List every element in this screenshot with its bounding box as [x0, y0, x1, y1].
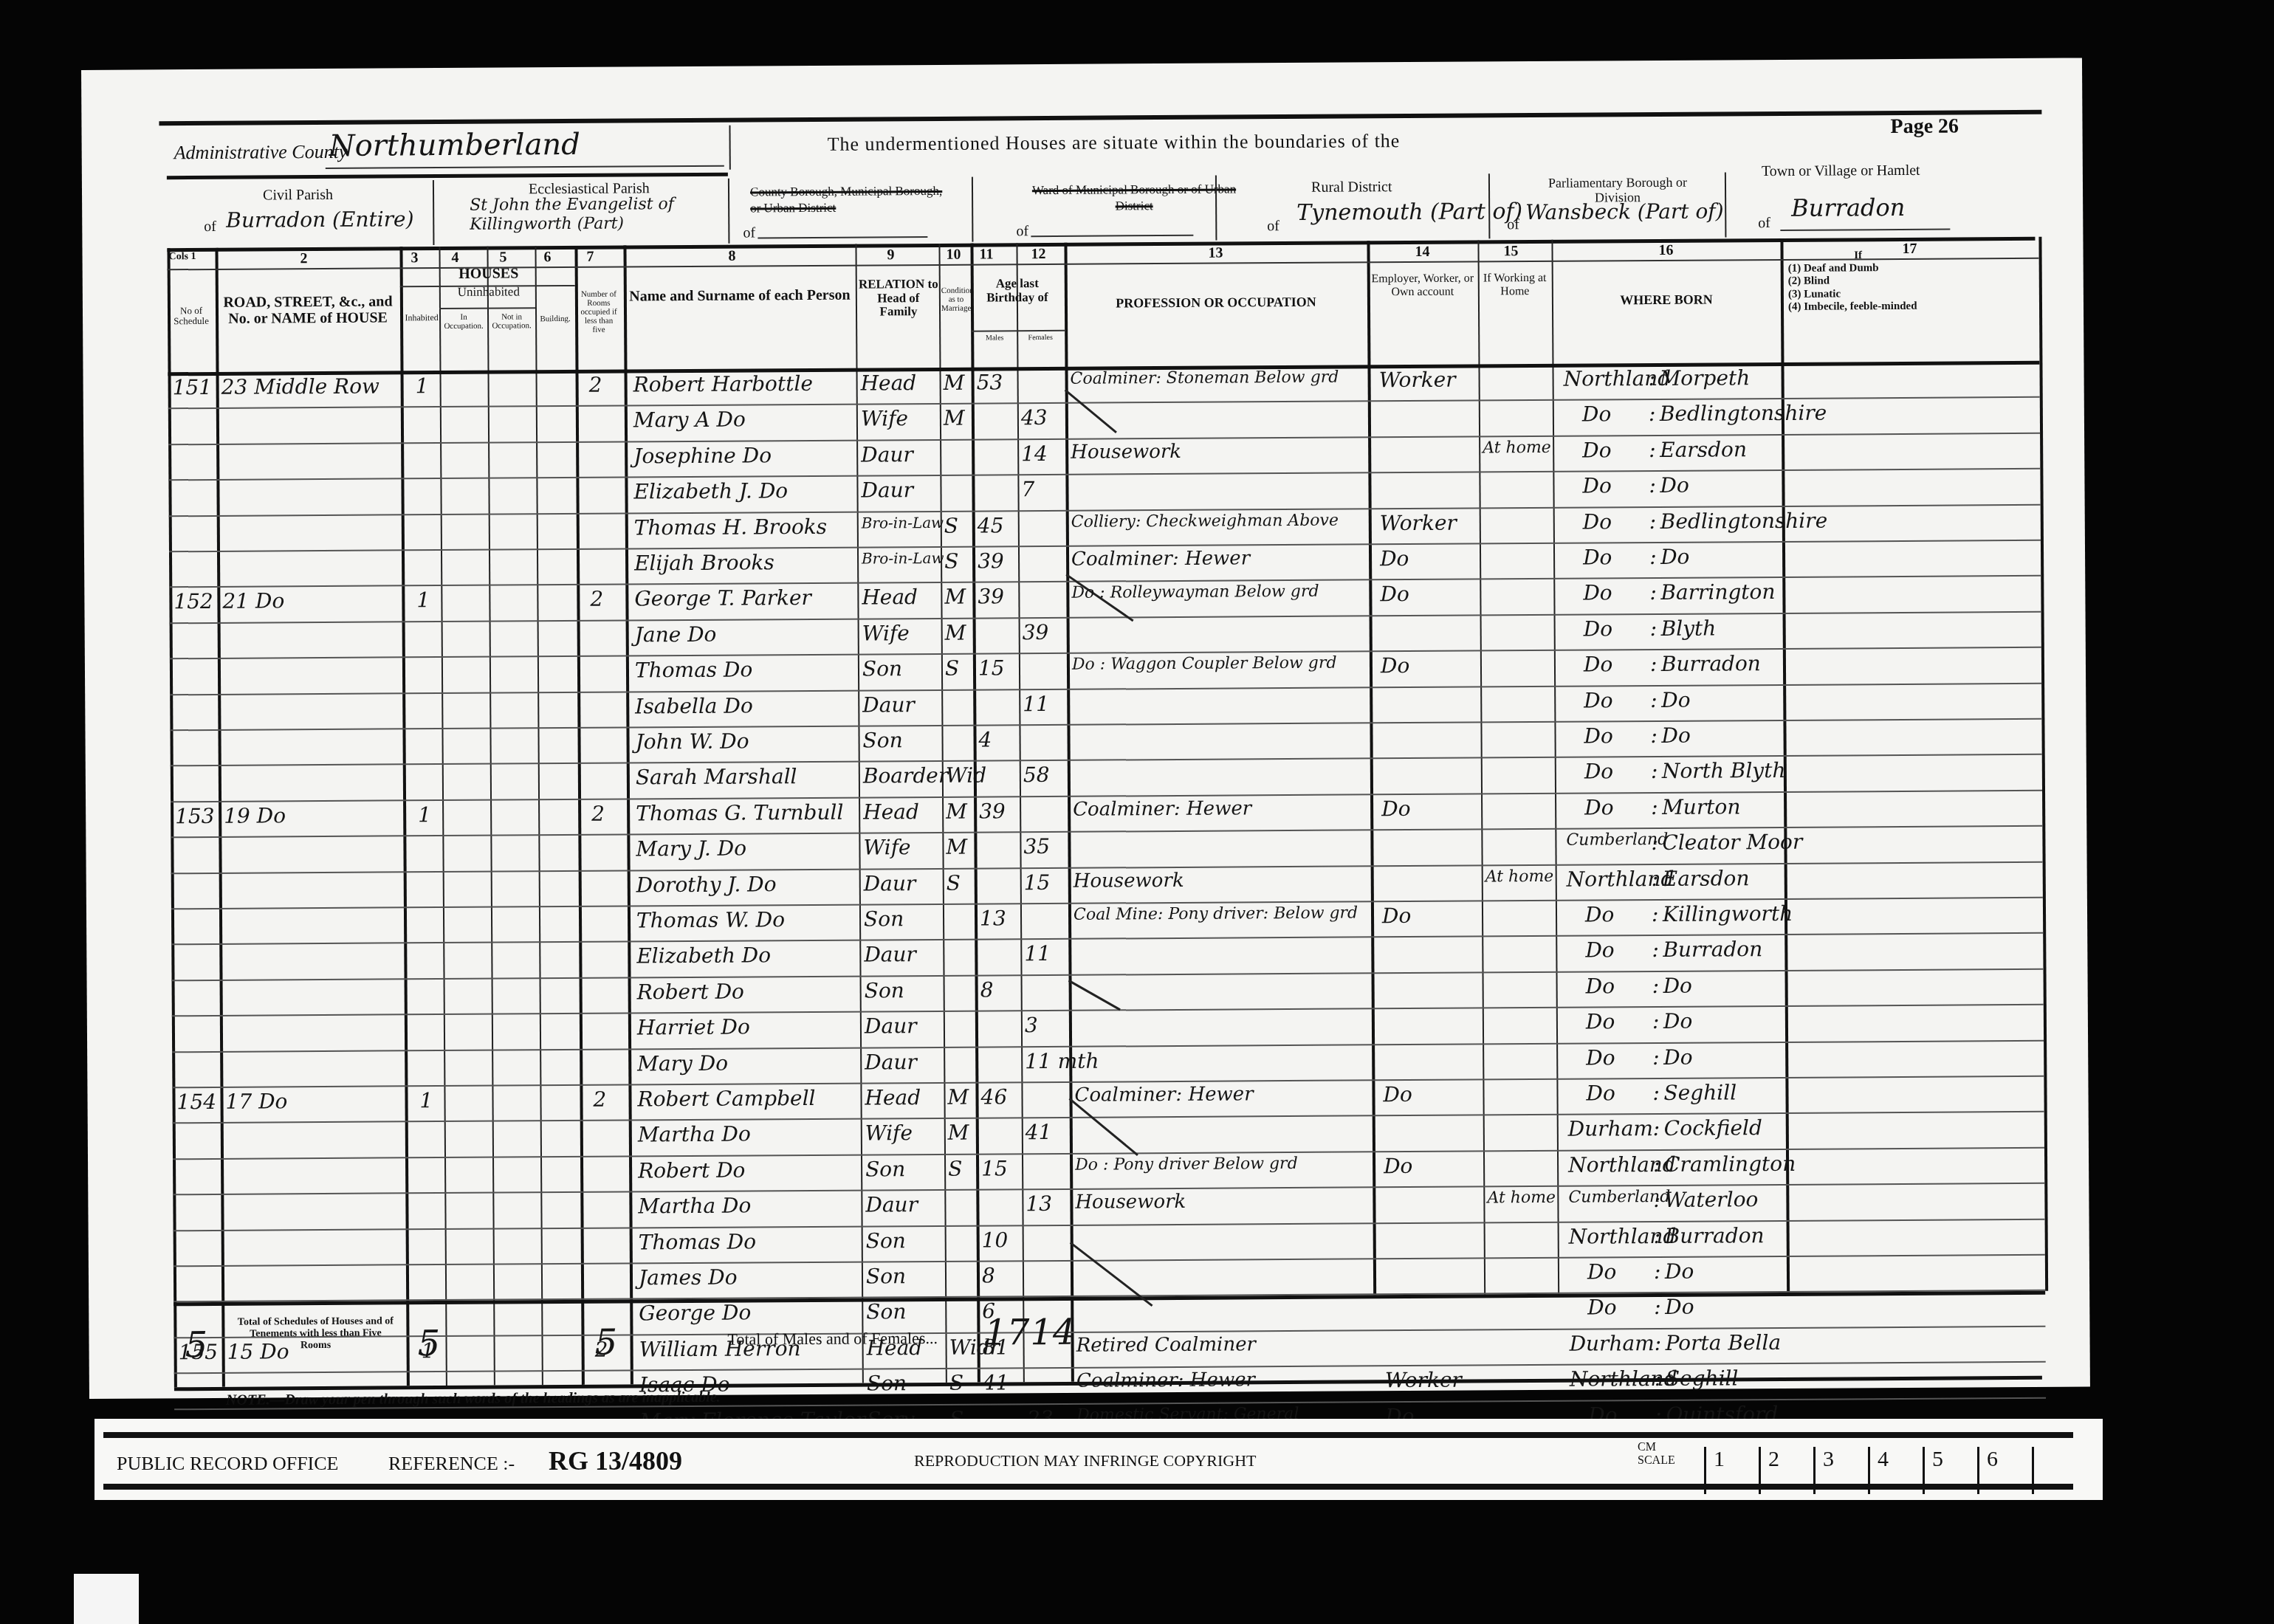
- occupation: Coalminer: Stoneman Below grd: [1071, 368, 1339, 388]
- relation: Wife: [865, 1121, 913, 1146]
- employer-status: Do: [1383, 1082, 1412, 1107]
- birth-county: Do: [1586, 1010, 1615, 1034]
- total-schedules-label: Total of Schedules of Houses and of Tene…: [234, 1315, 396, 1352]
- birth-county: Do: [1584, 653, 1613, 677]
- col-building-header: Building.: [537, 314, 574, 323]
- employer-status: Worker: [1380, 510, 1457, 535]
- person-name: Mary A Do: [633, 407, 746, 433]
- rural-district-label: Rural District: [1311, 179, 1392, 196]
- birth-separator: :: [1654, 1224, 1661, 1248]
- rooms-count: 2: [591, 801, 605, 825]
- village-label: Town or Village or Hamlet: [1762, 162, 1920, 180]
- birth-place: Earsdon: [1660, 437, 1747, 462]
- civil-parish-label: Civil Parish: [263, 187, 333, 204]
- relation: Head: [861, 371, 917, 395]
- relation: Son: [864, 906, 904, 931]
- admin-county-label: Administrative County: [174, 141, 348, 164]
- copyright-notice: REPRODUCTION MAY INFRINGE COPYRIGHT: [914, 1451, 1256, 1470]
- col-rooms-header: Number of Rooms occupied if less than fi…: [577, 290, 620, 335]
- village-value: Burradon: [1791, 193, 1905, 222]
- total-females: 14: [1030, 1312, 1075, 1353]
- birth-separator: :: [1654, 1259, 1661, 1284]
- relation: Head: [863, 799, 919, 824]
- relation: Son: [866, 1228, 906, 1253]
- birth-place: Do: [1663, 973, 1693, 997]
- row-rule: [172, 1004, 2044, 1016]
- occupation: Do : Rolleywayman Below grd: [1071, 582, 1319, 602]
- column-number: 10: [946, 247, 961, 264]
- relation: Son: [862, 656, 902, 681]
- column-rule: [574, 246, 584, 1385]
- census-page: Administrative County Northumberland The…: [81, 58, 2090, 1399]
- female-age: 41: [1026, 1120, 1052, 1144]
- scale-mark: 1: [1704, 1447, 1759, 1494]
- person-name: Thomas Do: [639, 1229, 757, 1254]
- column-number: 12: [1031, 246, 1045, 263]
- birth-separator: :: [1649, 402, 1656, 426]
- checkmark-stroke: [1069, 1098, 1138, 1156]
- birth-place: Burradon: [1661, 651, 1761, 676]
- male-age: 15: [978, 656, 1005, 681]
- column-number: 5: [499, 249, 506, 266]
- relation: Son: [866, 1300, 906, 1324]
- male-age: 39: [978, 585, 1004, 609]
- totals-label: Total of Males and of Females...: [727, 1329, 938, 1349]
- birth-separator: :: [1651, 759, 1658, 783]
- relation: Head: [862, 585, 918, 609]
- birth-place: Blyth: [1661, 616, 1717, 640]
- scale-mark: 3: [1813, 1447, 1868, 1494]
- birth-separator: :: [1651, 830, 1658, 855]
- col-uninhabited-header: Uninhabited: [441, 285, 537, 299]
- county-borough-label: County Borough, Municipal Borough, or Ur…: [750, 183, 949, 217]
- col-age-header: Age last Birthday of: [972, 277, 1062, 305]
- schedule-number: 154: [176, 1090, 216, 1114]
- column-rule: [2038, 237, 2048, 1291]
- employer-status: Do: [1381, 653, 1410, 678]
- note-text: NOTE.—Draw your pen through such words o…: [226, 1389, 721, 1409]
- male-age: 53: [977, 370, 1003, 394]
- row-rule: [170, 682, 2041, 695]
- inhabited-count: 1: [416, 588, 430, 613]
- working-at-home: At home: [1487, 1188, 1556, 1208]
- birth-separator: :: [1653, 1188, 1660, 1212]
- rooms-count: 2: [593, 1087, 606, 1112]
- working-at-home: At home: [1483, 438, 1551, 458]
- relation: Wife: [861, 407, 908, 431]
- birth-place: Bedlingtonshire: [1660, 401, 1827, 426]
- person-name: George Do: [639, 1301, 751, 1326]
- col-females-header: Females: [1018, 334, 1062, 342]
- row-rule: [168, 468, 2040, 481]
- birth-separator: :: [1650, 688, 1658, 712]
- employer-status: Do: [1380, 582, 1409, 606]
- male-age: 45: [978, 513, 1004, 537]
- birth-county: Do: [1583, 509, 1612, 534]
- birth-separator: :: [1652, 974, 1660, 998]
- person-name: Elizabeth J. Do: [633, 478, 788, 503]
- birth-county: Durham: [1568, 1116, 1653, 1141]
- birth-place: Cramlington: [1664, 1152, 1796, 1177]
- occupation: Coalminer: Hewer: [1071, 547, 1250, 570]
- person-name: Josephine Do: [633, 443, 772, 468]
- admin-county-value: Northumberland: [329, 128, 580, 163]
- female-age: 14: [1021, 441, 1048, 466]
- occupation: Retired Coalminer: [1076, 1333, 1256, 1356]
- birth-separator: :: [1652, 1009, 1660, 1033]
- birth-separator: :: [1652, 1045, 1660, 1070]
- birth-county: Do: [1583, 545, 1612, 569]
- birth-separator: :: [1653, 1152, 1660, 1177]
- column-number: 14: [1415, 244, 1429, 261]
- row-rule: [170, 611, 2041, 624]
- infirmity-option: (3) Lunatic: [1788, 287, 1936, 300]
- column-number: 15: [1503, 243, 1518, 260]
- relation: Boarder: [863, 763, 949, 788]
- column-rule: [623, 245, 633, 1384]
- scale-mark: 4: [1868, 1447, 1923, 1494]
- header-rule: [439, 307, 535, 309]
- birth-county: Do: [1584, 688, 1613, 712]
- person-name: Robert Do: [638, 1157, 745, 1183]
- birth-county: Do: [1584, 760, 1614, 784]
- person-name: Jane Do: [635, 622, 717, 647]
- schedule-number: 152: [174, 589, 213, 613]
- male-age: 8: [982, 1263, 995, 1287]
- birth-county: Do: [1582, 474, 1612, 498]
- birth-place: Barrington: [1660, 579, 1775, 605]
- birth-separator: :: [1652, 1081, 1660, 1105]
- male-age: 13: [980, 906, 1006, 930]
- col-inhabited-header: Inhabited: [404, 313, 439, 323]
- infirmity-option: (2) Blind: [1788, 275, 1936, 288]
- birth-place: Do: [1660, 473, 1689, 498]
- relation: Head: [865, 1085, 921, 1109]
- address: 23 Middle Row: [221, 374, 380, 399]
- birth-place: Do: [1661, 687, 1691, 712]
- birth-separator: :: [1649, 509, 1657, 534]
- address: 19 Do: [224, 803, 286, 828]
- birth-separator: :: [1652, 937, 1659, 962]
- marital-condition: M: [946, 799, 967, 823]
- column-rule: [1367, 241, 1376, 1295]
- relation: Daur: [865, 1192, 918, 1217]
- cm-scale-label: CMSCALE: [1638, 1441, 1675, 1467]
- occupation: Housework: [1075, 1191, 1186, 1214]
- relation: Daur: [862, 692, 915, 717]
- marital-condition: S: [948, 1157, 962, 1181]
- marital-condition: M: [944, 585, 966, 609]
- column-rule: [487, 247, 495, 1386]
- checkmark-stroke: [1065, 389, 1117, 433]
- birth-place: Burradon: [1663, 937, 1762, 963]
- birth-separator: :: [1654, 1295, 1661, 1319]
- marital-condition: M: [947, 1085, 969, 1109]
- inhabited-count: 1: [418, 802, 431, 827]
- occupation: Coal Mine: Pony driver: Below grd: [1074, 904, 1358, 923]
- scale-mark: 5: [1923, 1447, 1977, 1494]
- occupation: Colliery: Checkweighman Above: [1071, 511, 1339, 531]
- relation: Daur: [861, 478, 913, 502]
- birth-separator: :: [1653, 1116, 1660, 1140]
- birth-separator: :: [1649, 580, 1657, 605]
- female-age: 43: [1021, 405, 1048, 430]
- person-name: George T. Parker: [634, 585, 811, 610]
- female-age: 11 mth: [1025, 1048, 1099, 1073]
- birth-county: Do: [1586, 974, 1615, 998]
- birth-place: Porta Bella: [1665, 1330, 1781, 1355]
- person-name: Thomas G. Turnbull: [636, 800, 843, 826]
- relation: Son: [865, 1157, 905, 1181]
- birth-separator: :: [1649, 473, 1656, 498]
- column-number: 11: [979, 246, 993, 263]
- rooms-count: 2: [589, 373, 602, 397]
- birth-county: Do: [1584, 616, 1613, 641]
- relation: Son: [865, 978, 904, 1002]
- person-name: John W. Do: [635, 729, 749, 754]
- female-age: 3: [1025, 1013, 1038, 1037]
- person-name: James Do: [639, 1265, 738, 1290]
- birth-separator: :: [1650, 616, 1658, 641]
- ecclesiastical-parish-value: St John the Evangelist of Killingworth (…: [470, 195, 713, 235]
- employer-status: Worker: [1378, 368, 1455, 393]
- marital-condition: M: [944, 371, 965, 395]
- relation: Daur: [864, 943, 916, 967]
- page-number: 26: [1938, 114, 1959, 137]
- birth-county: Do: [1582, 402, 1612, 427]
- relation: Bro-in-Law: [862, 513, 944, 531]
- employer-status: Do: [1381, 796, 1411, 821]
- birth-place: Do: [1663, 1045, 1693, 1069]
- male-age: 46: [980, 1084, 1007, 1109]
- header-rule: [971, 330, 1065, 332]
- column-number: 4: [451, 250, 458, 266]
- occupation: Do : Waggon Coupler Below grd: [1072, 654, 1337, 674]
- birth-place: Seghill: [1663, 1080, 1737, 1105]
- col-where-born-header: WHERE BORN: [1556, 292, 1777, 309]
- col-schedule-header: No of Schedule: [169, 306, 213, 327]
- relation: Daur: [861, 442, 913, 467]
- female-age: 7: [1021, 477, 1034, 501]
- reference-strip: PUBLIC RECORD OFFICE REFERENCE :- RG 13/…: [95, 1419, 2103, 1500]
- col-working-home-header: If Working at Home: [1482, 272, 1548, 298]
- column-number: 13: [1208, 245, 1223, 262]
- relation: Son: [862, 728, 902, 752]
- birth-place: Cleator Moor: [1662, 830, 1802, 855]
- marital-condition: M: [946, 835, 967, 859]
- relation: Son: [866, 1264, 906, 1288]
- person-name: Martha Do: [638, 1122, 751, 1147]
- birth-county: Do: [1584, 723, 1613, 748]
- row-rule: [172, 1039, 2044, 1052]
- female-age: 11: [1024, 941, 1051, 966]
- relation: Wife: [862, 621, 910, 645]
- birth-county: Do: [1583, 581, 1612, 605]
- person-name: Elijah Brooks: [634, 550, 774, 575]
- census-sheet: Administrative County Northumberland The…: [159, 110, 2049, 1391]
- person-name: Robert Harbottle: [633, 371, 813, 396]
- occupation: Coalminer: Hewer: [1073, 797, 1251, 820]
- infirmity-option: (4) Imbecile, feeble-minded: [1788, 300, 1936, 313]
- person-name: Mary Do: [637, 1050, 728, 1076]
- person-name: Thomas Do: [635, 658, 753, 683]
- row-rule: [172, 968, 2044, 981]
- column-rule: [439, 247, 447, 1386]
- marital-condition: Wid: [946, 763, 986, 788]
- column-number: 8: [728, 248, 735, 265]
- total-males: 17: [984, 1312, 1029, 1353]
- birth-place: Waterloo: [1664, 1187, 1758, 1212]
- birth-place: Do: [1661, 723, 1691, 748]
- female-age: 11: [1023, 692, 1049, 716]
- infirmity-option: (1) Deaf and Dumb: [1788, 262, 1936, 275]
- reference-label: REFERENCE :-: [388, 1453, 515, 1475]
- schedule-number: 153: [175, 804, 215, 828]
- female-age: 58: [1023, 763, 1050, 787]
- birth-county: Do: [1586, 1081, 1615, 1105]
- birth-county: Do: [1582, 438, 1612, 462]
- birth-separator: :: [1654, 1331, 1661, 1355]
- column-number: 6: [543, 249, 551, 266]
- birth-county: Do: [1585, 938, 1615, 963]
- birth-place: Cockfield: [1664, 1116, 1762, 1141]
- birth-county: Do: [1586, 1045, 1615, 1070]
- column-number: 7: [586, 249, 594, 266]
- relation: Daur: [865, 1014, 917, 1038]
- col-name-header: Name and Surname of each Person: [625, 287, 854, 305]
- birth-place: Killingworth: [1663, 901, 1793, 926]
- birth-place: North Blyth: [1662, 758, 1786, 783]
- person-name: Thomas W. Do: [636, 907, 785, 932]
- ward-label: Ward of Municipal Borough or of Urban Di…: [1027, 181, 1241, 215]
- birth-county: Do: [1587, 1259, 1617, 1284]
- scale-mark: 6: [1977, 1447, 2032, 1494]
- marital-condition: M: [944, 406, 965, 430]
- col-occupation-header: PROFESSION OR OCCUPATION: [1068, 295, 1364, 311]
- birth-separator: :: [1648, 366, 1655, 390]
- col-relation-header: RELATION to Head of Family: [858, 278, 939, 320]
- corner-mark: [74, 1574, 139, 1624]
- marital-condition: S: [944, 513, 958, 537]
- scale-mark: 2: [1759, 1447, 1813, 1494]
- parliamentary-value: Wansbeck (Part of): [1525, 199, 1724, 224]
- person-name: Martha Do: [638, 1194, 751, 1219]
- occupation: Housework: [1071, 441, 1181, 464]
- total-houses: 5: [417, 1323, 440, 1364]
- occupation: Do : Pony driver Below grd: [1075, 1155, 1298, 1174]
- col-in-occupation-header: In Occupation.: [441, 313, 487, 331]
- birth-separator: :: [1650, 652, 1658, 676]
- marital-condition: M: [945, 620, 966, 644]
- total-rooms: 5: [594, 1322, 617, 1363]
- male-age: 39: [979, 799, 1006, 823]
- col-employer-header: Employer, Worker, or Own account: [1371, 272, 1474, 298]
- column-number: 17: [1902, 241, 1917, 258]
- relation: Daur: [864, 871, 916, 895]
- relation: Bro-in-Law: [862, 549, 944, 568]
- working-at-home: At home: [1485, 867, 1554, 886]
- marital-condition: S: [947, 870, 961, 895]
- male-age: 4: [978, 727, 992, 751]
- column-rule: [1551, 240, 1559, 1294]
- birth-place: Morpeth: [1659, 365, 1750, 390]
- rooms-count: 2: [590, 587, 603, 611]
- birth-separator: :: [1651, 795, 1658, 819]
- intro-text: The undermentioned Houses are situate wi…: [828, 130, 1401, 156]
- column-rule: [535, 246, 543, 1385]
- employer-status: Do: [1382, 904, 1412, 928]
- public-record-office-label: PUBLIC RECORD OFFICE: [117, 1453, 339, 1475]
- column-number: 16: [1658, 242, 1673, 259]
- col-males-header: Males: [972, 334, 1017, 342]
- birth-separator: :: [1652, 902, 1659, 926]
- marital-condition: M: [948, 1121, 969, 1145]
- person-name: Isabella Do: [635, 693, 753, 718]
- column-number: 3: [411, 250, 418, 266]
- birth-place: Do: [1665, 1259, 1694, 1284]
- birth-separator: :: [1649, 438, 1656, 462]
- birth-place: Burradon: [1665, 1223, 1765, 1248]
- totals-rule: [174, 1291, 2045, 1306]
- relation: Wife: [863, 835, 910, 859]
- marital-condition: S: [945, 656, 959, 681]
- birth-county: Do: [1584, 795, 1614, 819]
- birth-place: Murton: [1662, 794, 1740, 819]
- row-rule: [170, 718, 2041, 731]
- birth-separator: :: [1652, 867, 1659, 891]
- birth-place: Bedlingtonshire: [1660, 508, 1828, 533]
- address: 17 Do: [225, 1089, 287, 1114]
- inhabited-count: 1: [419, 1088, 433, 1112]
- page-label: Page 26: [1890, 114, 1959, 139]
- address: 21 Do: [222, 589, 284, 614]
- occupation: Coalminer: Hewer: [1074, 1083, 1253, 1106]
- male-age: 39: [978, 548, 1004, 573]
- checkmark-stroke: [1068, 980, 1121, 1011]
- male-age: 10: [982, 1228, 1009, 1252]
- person-name: Elizabeth Do: [636, 943, 771, 968]
- column-number: 2: [300, 250, 307, 267]
- column-rule: [399, 247, 409, 1386]
- col-houses-header: HOUSES: [404, 265, 574, 282]
- person-name: Mary J. Do: [636, 836, 746, 861]
- schedule-number: 151: [173, 375, 213, 399]
- column-rule: [1477, 240, 1485, 1294]
- female-age: 15: [1024, 870, 1051, 895]
- birth-county: Durham: [1569, 1331, 1654, 1356]
- male-age: 8: [980, 977, 994, 1002]
- birth-county: Do: [1587, 1296, 1617, 1320]
- row-rule: [173, 1111, 2044, 1124]
- birth-separator: :: [1649, 545, 1657, 569]
- col-not-in-occupation-header: Not in Occupation.: [489, 312, 535, 331]
- column-number: Cols 1: [169, 251, 196, 263]
- female-age: 35: [1023, 834, 1050, 859]
- employer-status: Do: [1384, 1154, 1413, 1178]
- female-age: 39: [1023, 620, 1049, 644]
- person-name: Robert Do: [637, 979, 744, 1004]
- birth-county: Do: [1585, 902, 1615, 926]
- birth-place: Earsdon: [1663, 866, 1750, 891]
- person-name: Thomas H. Brooks: [634, 514, 828, 540]
- person-name: Sarah Marshall: [636, 764, 797, 789]
- civil-parish-value: Burradon (Entire): [226, 207, 413, 233]
- col-infirmity-header: (1) Deaf and Dumb(2) Blind(3) Lunatic(4)…: [1788, 262, 1936, 314]
- birth-place: Do: [1660, 545, 1690, 569]
- employer-status: Do: [1380, 546, 1409, 571]
- total-schedules: 5: [185, 1324, 207, 1366]
- female-age: 13: [1026, 1191, 1052, 1216]
